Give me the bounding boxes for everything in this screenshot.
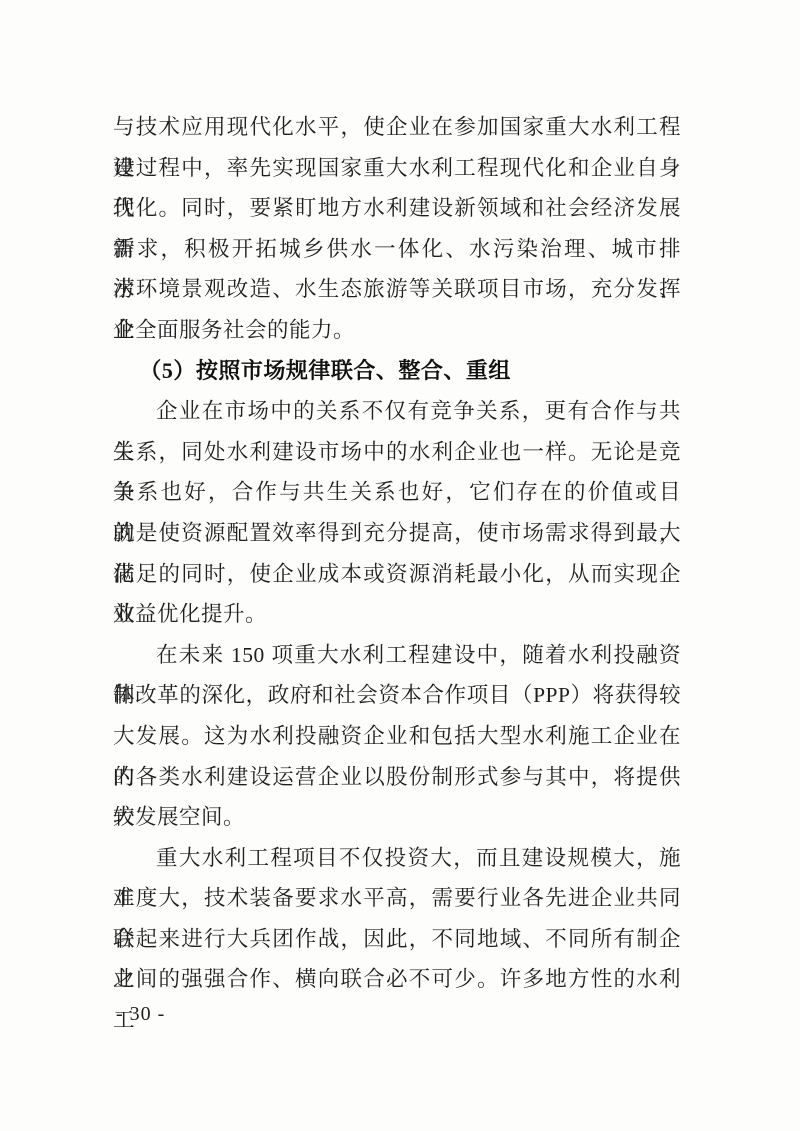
text-line: 大发展。这为水利投融资企业和包括大型水利施工企业在内 bbox=[113, 716, 681, 757]
text-line: 合起来进行大兵团作战，因此，不同地域、不同所有制企业 bbox=[113, 919, 681, 960]
text-line: 之间的强强合作、横向联合必不可少。许多地方性的水利工 bbox=[113, 959, 681, 1000]
text-line: 难度大，技术装备要求水平高，需要行业各先进企业共同联 bbox=[113, 878, 681, 919]
text-line: 企业在市场中的关系不仅有竞争关系，更有合作与共生 bbox=[113, 391, 681, 432]
text-line: 关系也好，合作与共生关系也好，它们存在的价值或目的， bbox=[113, 472, 681, 513]
text-line: 大发展空间。 bbox=[113, 797, 681, 838]
text-line: 就是使资源配置效率得到充分提高，使市场需求得到最大化 bbox=[113, 513, 681, 554]
text-line: 业全面服务社会的能力。 bbox=[113, 310, 681, 351]
text-line: 重大水利工程项目不仅投资大，而且建设规模大，施工 bbox=[113, 838, 681, 879]
text-line: 设过程中，率先实现国家重大水利工程现代化和企业自身现 bbox=[113, 148, 681, 189]
text-line: 需求，积极开拓城乡供水一体化、水污染治理、城市排涝、 bbox=[113, 229, 681, 270]
text-block: 与技术应用现代化水平，使企业在参加国家重大水利工程建 设过程中，率先实现国家重大… bbox=[113, 107, 681, 1000]
text-line: 效益优化提升。 bbox=[113, 594, 681, 635]
text-line: 在未来 150 项重大水利工程建设中，随着水利投融资体 bbox=[113, 635, 681, 676]
text-line: 满足的同时，使企业成本或资源消耗最小化，从而实现企业 bbox=[113, 554, 681, 595]
text-line: 代化。同时，要紧盯地方水利建设新领域和社会经济发展新 bbox=[113, 188, 681, 229]
document-page: 与技术应用现代化水平，使企业在参加国家重大水利工程建 设过程中，率先实现国家重大… bbox=[0, 0, 800, 1131]
text-line: 水环境景观改造、水生态旅游等关联项目市场，充分发挥企 bbox=[113, 269, 681, 310]
text-line: 制改革的深化，政府和社会资本合作项目（PPP）将获得较 bbox=[113, 675, 681, 716]
page-number: - 30 - bbox=[116, 1001, 165, 1027]
section-heading: （5）按照市场规律联合、整合、重组 bbox=[113, 351, 681, 392]
text-line: 关系，同处水利建设市场中的水利企业也一样。无论是竞争 bbox=[113, 432, 681, 473]
text-line: 的各类水利建设运营企业以股份制形式参与其中，将提供较 bbox=[113, 757, 681, 798]
text-line: 与技术应用现代化水平，使企业在参加国家重大水利工程建 bbox=[113, 107, 681, 148]
